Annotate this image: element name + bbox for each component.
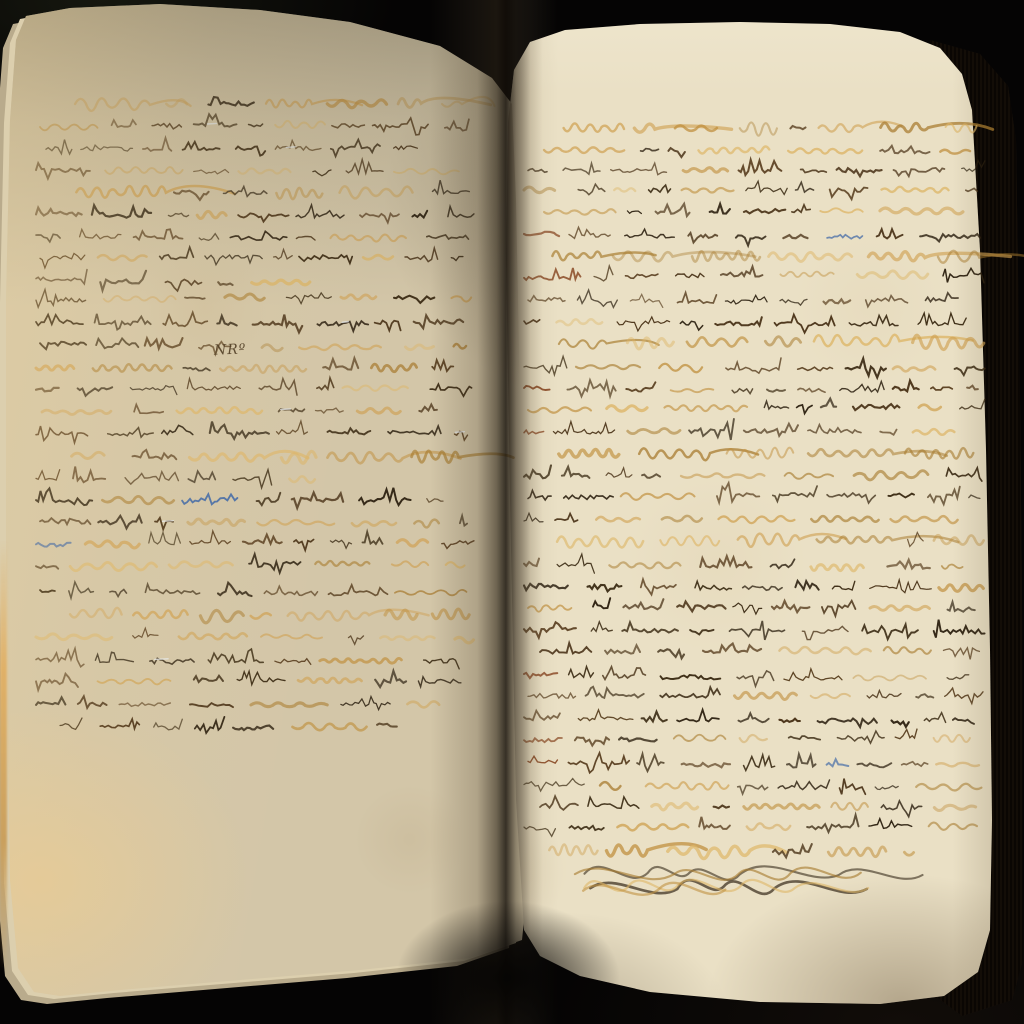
nr-label: NRº	[214, 341, 247, 358]
handwriting-script-svg	[0, 0, 1024, 1024]
book-photo: NRº	[0, 0, 1024, 1024]
